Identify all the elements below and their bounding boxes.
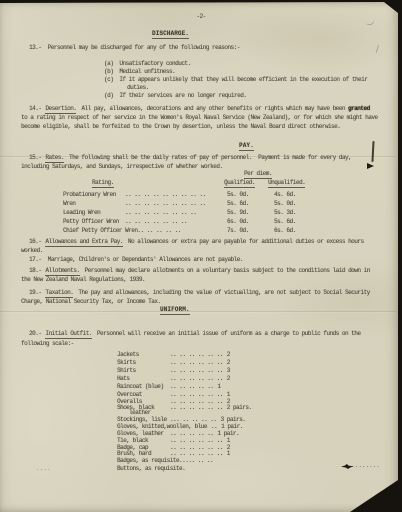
para-13-item-c: (c)If it appears unlikely that they will… bbox=[104, 76, 367, 83]
rating-label: Chief Petty Officer Wren bbox=[63, 227, 137, 234]
pay-heading-text: PAY. bbox=[239, 142, 254, 151]
para-18-line-1: 18.-Allotments.Personnel may declare all… bbox=[29, 267, 370, 274]
item-quantity: 3 bbox=[227, 367, 230, 374]
item-a-text: Unsatisfactory conduct. bbox=[119, 60, 190, 67]
para-18-line-2: the New Zealand Naval Regulations, 1939. bbox=[21, 276, 145, 283]
para-15-keyword: Rates. bbox=[45, 154, 64, 163]
list-item: Brush, hard.. .. .. .. .. ..1 bbox=[117, 450, 230, 457]
dot-leader: ... .. .. .. .. bbox=[170, 416, 217, 423]
dot-leader: .. .. .. .. .. bbox=[170, 383, 213, 390]
para-16-text: No allowances or extra pay are payable f… bbox=[128, 238, 364, 245]
item-quantity: 2 pairs. bbox=[227, 404, 252, 411]
bottom-left-marks: .... bbox=[36, 466, 51, 472]
item-d-text: If their services are no longer required… bbox=[119, 92, 246, 99]
para-16-number: 16.- bbox=[29, 238, 41, 245]
item-label: Badges, as requisite... bbox=[117, 457, 188, 464]
list-item: Stockings, lisle... .. .. .. ..3 pairs. bbox=[117, 416, 245, 423]
list-item: Shirts.. .. .. .. .. ..3 bbox=[117, 367, 230, 374]
dot-leader: .. .. .. .. .. .. .. bbox=[125, 218, 187, 225]
pencil-mark bbox=[365, 18, 375, 26]
para-19-text: The pay and allowances, including the va… bbox=[78, 289, 369, 296]
item-label: Stockings, lisle bbox=[117, 416, 170, 423]
para-18-text: Personnel may declare allotments on a vo… bbox=[85, 267, 370, 274]
item-label: Gloves, leather bbox=[117, 430, 170, 437]
para-14-keyword: Desertion. bbox=[45, 105, 76, 114]
para-18-number: 18.- bbox=[29, 267, 41, 274]
ink-blot-icon bbox=[341, 464, 354, 469]
list-item: Gloves, knitted,woollen, blue..1 pair. bbox=[117, 423, 243, 430]
item-quantity: 1 bbox=[227, 437, 230, 444]
item-quantity: 1 bbox=[227, 450, 230, 457]
qualified-rate: 7s. 0d. bbox=[227, 227, 249, 234]
pencil-mark bbox=[370, 43, 379, 53]
paper-crease bbox=[0, 311, 396, 312]
item-quantity: 3 pairs. bbox=[221, 416, 246, 423]
item-label: Skirts bbox=[117, 359, 170, 366]
rating-header-text: Rating. bbox=[92, 179, 114, 188]
item-label: Tie, black bbox=[117, 437, 170, 444]
para-13-item-b: (b)Medical unfitness. bbox=[104, 68, 175, 75]
qualified-header-text: Qualified. bbox=[224, 179, 255, 188]
unqualified-rate: 5s. 3d. bbox=[274, 209, 296, 216]
para-14-text: All pay, allowances, decorations and any… bbox=[81, 105, 345, 112]
item-quantity: 1 pair. bbox=[217, 430, 239, 437]
item-label: Gloves, knitted,woollen, blue bbox=[117, 423, 207, 430]
margin-pointer-icon bbox=[367, 163, 374, 169]
dot-leader: .. .. .. .. .. .. .. .. bbox=[125, 209, 196, 216]
para-20-line-1: 20.-Initial Outfit.Personnel will receiv… bbox=[29, 330, 360, 337]
dot-leader: .. .. .. .. .. bbox=[170, 430, 213, 437]
dot-leader: .. .. .. bbox=[188, 457, 213, 464]
pay-heading: PAY. bbox=[239, 142, 254, 149]
para-20-text: Personnel will receive an initial issue … bbox=[97, 330, 361, 337]
unqualified-rate: 6s. 6d. bbox=[274, 227, 296, 234]
para-15-line-1: 15.-Rates.The following shall be the dai… bbox=[29, 154, 351, 161]
dot-leader: .. .. .. .. .. .. bbox=[170, 367, 223, 374]
dot-leader: .. .. .. .. .. .. bbox=[170, 359, 223, 366]
discharge-heading-text: DISCHARGE. bbox=[152, 30, 189, 39]
table-row: Petty Officer Wren.. .. .. .. .. .. .. bbox=[63, 218, 187, 225]
margin-pen-stroke bbox=[371, 141, 374, 162]
para-19-number: 19.- bbox=[29, 289, 41, 296]
para-14-line-3: become eligible, shall be forfeited to t… bbox=[21, 123, 340, 130]
item-c-text: If it appears unlikely that they will be… bbox=[119, 76, 367, 83]
rating-label: Petty Officer Wren bbox=[63, 218, 125, 225]
qualified-rate: 6s. 0d. bbox=[227, 218, 249, 225]
table-row: Probationary Wren.. .. .. .. .. .. .. ..… bbox=[63, 191, 206, 198]
dot-leader: .. .. .. .. .. .. bbox=[170, 404, 223, 411]
item-quantity: 2 bbox=[227, 359, 230, 366]
item-quantity: 1 bbox=[217, 383, 220, 390]
list-item: Buttons, as requisite. bbox=[117, 465, 189, 472]
dot-leader: .. .. .. .. .. .. bbox=[170, 450, 223, 457]
list-item: Badges, as requisite..... .. .. bbox=[117, 457, 217, 464]
item-label: Shirts bbox=[117, 367, 170, 374]
para-18-keyword: Allotments. bbox=[45, 267, 79, 276]
list-item: Hats.. .. .. .. .. ..2 bbox=[117, 375, 230, 382]
para-14-number: 14.- bbox=[29, 105, 41, 112]
item-d-label: (d) bbox=[104, 92, 113, 99]
dot-leader: .. .. .. .. .. .. bbox=[170, 351, 223, 358]
list-item: Overcoat.. .. .. .. .. ..1 bbox=[117, 391, 230, 398]
item-c-label: (c) bbox=[104, 76, 113, 83]
para-19-line-2: Charge, National Security Tax, or Income… bbox=[21, 298, 161, 305]
item-quantity: 2 bbox=[227, 351, 230, 358]
table-row: Leading Wren.. .. .. .. .. .. .. .. bbox=[63, 209, 196, 216]
para-20-line-2: following scale:- bbox=[21, 340, 74, 347]
para-16-line-1: 16.-Allowances and Extra Pay.No allowanc… bbox=[29, 238, 364, 245]
item-a-label: (a) bbox=[104, 60, 113, 67]
item-label: Hats bbox=[117, 375, 170, 382]
item-quantity: 2 bbox=[227, 375, 230, 382]
para-19-keyword: Taxation. bbox=[45, 289, 73, 298]
para-13-item-a: (a)Unsatisfactory conduct. bbox=[104, 60, 191, 67]
item-label: Buttons, as requisite. bbox=[117, 465, 185, 472]
para-15-text: The following shall be the daily rates o… bbox=[69, 154, 351, 161]
uniform-heading: UNIFORM. bbox=[160, 306, 190, 313]
item-label: Raincoat (blue) bbox=[117, 383, 170, 390]
rating-label: Wren bbox=[63, 200, 125, 207]
para-14-smudged-word: granted bbox=[348, 105, 370, 112]
rating-label: Probationary Wren bbox=[63, 191, 125, 198]
para-15-number: 15.- bbox=[29, 154, 41, 161]
para-15-line-2: including Saturdays, and Sundays, irresp… bbox=[21, 163, 223, 170]
para-13-item-d: (d)If their services are no longer requi… bbox=[104, 92, 246, 99]
dot-leader: .. .. .. .. .. .. .. .. .. bbox=[125, 200, 206, 207]
list-item-wrap: leather bbox=[129, 409, 151, 416]
per-diem-header: Per diem. bbox=[244, 170, 272, 177]
item-label: Overcoat bbox=[117, 391, 170, 398]
list-item: Gloves, leather.. .. .. .. ..1 pair. bbox=[117, 430, 239, 437]
dot-leader: .. bbox=[211, 423, 217, 430]
qualified-rate: 5s. 0d. bbox=[227, 191, 249, 198]
para-19-line-1: 19.-Taxation.The pay and allowances, inc… bbox=[29, 289, 370, 296]
para-13-item-c-wrap: duties. bbox=[127, 84, 149, 91]
table-row: Wren.. .. .. .. .. .. .. .. .. bbox=[63, 200, 206, 207]
discharge-heading: DISCHARGE. bbox=[152, 30, 189, 37]
dot-leader: .. .. .. .. .. .. .. .. .. bbox=[125, 191, 206, 198]
para-16-line-2: worked. bbox=[21, 247, 43, 254]
ink-dots: ....... bbox=[355, 463, 380, 469]
unqualified-column-header: Unqualified. bbox=[268, 179, 305, 186]
para-14-line-2: to a rating in respect of her service in… bbox=[21, 114, 378, 121]
dot-leader: .. .. .. .. .. bbox=[137, 227, 180, 234]
rating-column-header: Rating. bbox=[92, 179, 114, 186]
list-item: Skirts.. .. .. .. .. ..2 bbox=[117, 359, 230, 366]
para-20-number: 20.- bbox=[29, 330, 41, 337]
para-14-line-1: 14.-Desertion.All pay, allowances, decor… bbox=[29, 105, 370, 112]
para-17: 17.- Marriage, Children's or Dependants'… bbox=[29, 256, 243, 263]
para-13: 13.- Personnel may be discharged for any… bbox=[29, 44, 240, 51]
para-20-keyword: Initial Outfit. bbox=[45, 330, 92, 339]
scanned-document-page: -2- DISCHARGE. 13.- Personnel may be dis… bbox=[0, 0, 402, 512]
dot-leader: .. .. .. .. .. .. bbox=[170, 391, 223, 398]
unqualified-rate: 4s. 6d. bbox=[274, 191, 296, 198]
qualified-column-header: Qualified. bbox=[224, 179, 255, 186]
unqualified-rate: 5s. 0d. bbox=[274, 200, 296, 207]
item-label: Jackets bbox=[117, 351, 170, 358]
qualified-rate: 5s. 6d. bbox=[227, 200, 249, 207]
item-label: Brush, hard bbox=[117, 450, 170, 457]
unqualified-rate: 5s. 6d. bbox=[274, 218, 296, 225]
list-item: Raincoat (blue).. .. .. .. ..1 bbox=[117, 383, 221, 390]
page-number: -2- bbox=[0, 13, 402, 20]
item-b-label: (b) bbox=[104, 68, 113, 75]
unqualified-header-text: Unqualified. bbox=[268, 179, 305, 188]
item-b-text: Medical unfitness. bbox=[119, 68, 175, 75]
table-row: Chief Petty Officer Wren.. .. .. .. .. bbox=[63, 227, 181, 234]
paper-sheet: -2- DISCHARGE. 13.- Personnel may be dis… bbox=[0, 0, 402, 512]
qualified-rate: 5s. 9d. bbox=[227, 209, 249, 216]
item-quantity: 1 bbox=[227, 391, 230, 398]
uniform-heading-text: UNIFORM. bbox=[160, 306, 190, 315]
per-diem-header-text: Per diem. bbox=[244, 170, 272, 179]
para-16-keyword: Allowances and Extra Pay. bbox=[45, 238, 123, 247]
list-item: Tie, black.. .. .. .. .. ..1 bbox=[117, 437, 230, 444]
item-quantity: 1 pair. bbox=[221, 423, 243, 430]
list-item: Jackets.. .. .. .. .. ..2 bbox=[117, 351, 230, 358]
dot-leader: .. .. .. .. .. .. bbox=[170, 375, 223, 382]
rating-label: Leading Wren bbox=[63, 209, 125, 216]
dot-leader: .. .. .. .. .. .. bbox=[170, 437, 223, 444]
